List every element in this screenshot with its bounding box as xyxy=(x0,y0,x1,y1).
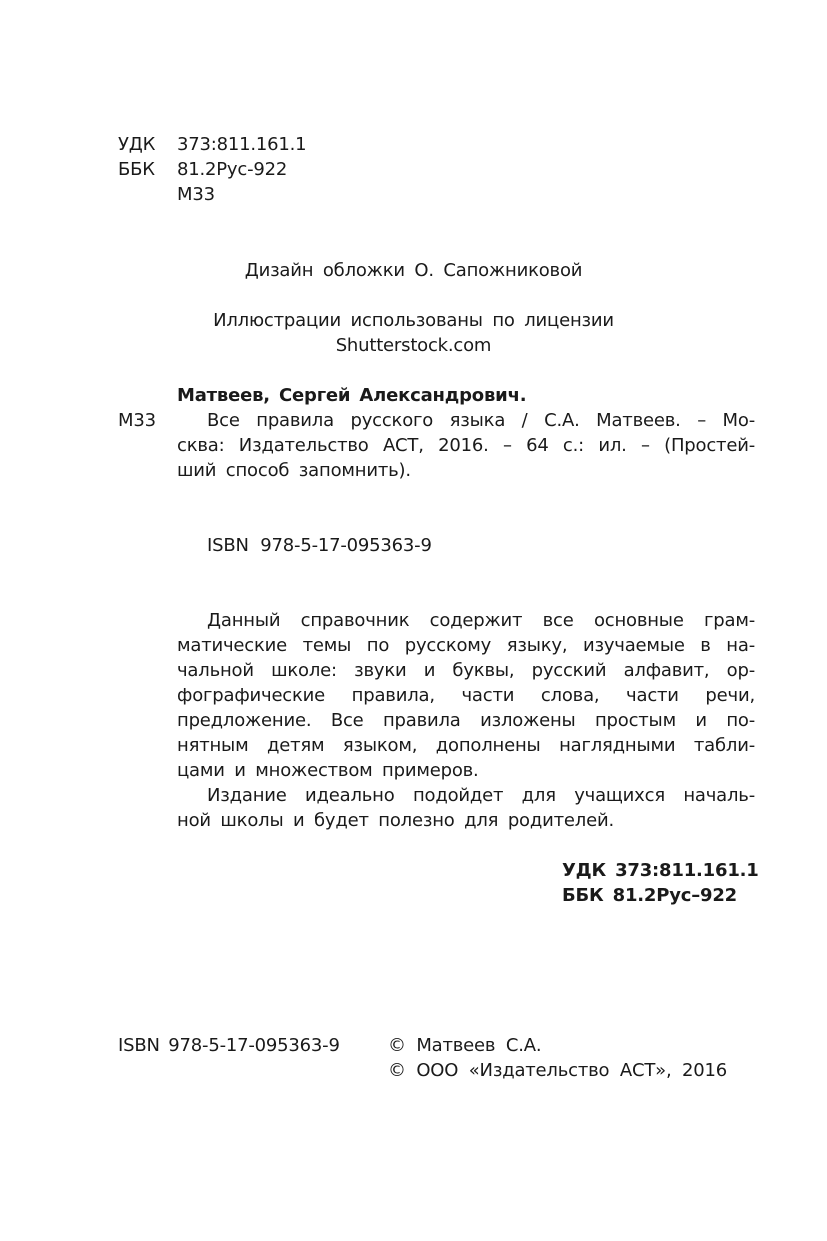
record-isbn: ISBN 978-5-17-095363-9 xyxy=(207,533,432,558)
annotation-line: Издание идеально подойдет для учащихся н… xyxy=(207,783,755,808)
annotation-line: цами и множеством примеров. xyxy=(177,758,755,783)
author-heading: Матвеев, Сергей Александрович. xyxy=(177,383,526,408)
udk-value: 373:811.161.1 xyxy=(177,132,306,157)
bbk-value: 81.2Рус-922 xyxy=(177,157,287,182)
bottom-bbk: ББК 81.2Рус–922 xyxy=(562,883,737,908)
imprint-page: УДК 373:811.161.1 ББК 81.2Рус-922 М33 Ди… xyxy=(0,0,827,1241)
annotation-line: предложение. Все правила изложены просты… xyxy=(177,708,755,733)
record-description-line: сква: Издательство АСТ, 2016. – 64 с.: и… xyxy=(177,433,755,458)
udk-label: УДК xyxy=(118,132,155,157)
bottom-udk: УДК 373:811.161.1 xyxy=(562,858,759,883)
annotation-line: ной школы и будет полезно для родителей. xyxy=(177,808,755,833)
illustrations-source: Shutterstock.com xyxy=(336,335,492,356)
author-cipher: М33 xyxy=(177,182,215,207)
copyright-publisher: © ООО «Издательство АСТ», 2016 xyxy=(388,1058,727,1083)
annotation-line: Данный справочник содержит все основные … xyxy=(207,608,755,633)
copyright-author: © Матвеев С.А. xyxy=(388,1033,541,1058)
record-description-line: ший способ запомнить). xyxy=(177,458,755,483)
cover-design-credit: Дизайн обложки О. Сапожниковой xyxy=(0,258,827,283)
annotation-line: нятным детям языком, дополнены наглядным… xyxy=(177,733,755,758)
cover-design-text: Дизайн обложки О. Сапожниковой xyxy=(245,260,583,281)
illustrations-credit-line1: Иллюстрации использованы по лицензии xyxy=(0,308,827,333)
illustrations-credit-line2: Shutterstock.com xyxy=(0,333,827,358)
record-cipher: М33 xyxy=(118,408,156,433)
record-description-line: Все правила русского языка / С.А. Матвее… xyxy=(207,408,755,433)
footer-isbn: ISBN 978-5-17-095363-9 xyxy=(118,1033,340,1058)
bbk-label: ББК xyxy=(118,157,155,182)
illustrations-text: Иллюстрации использованы по лицензии xyxy=(213,310,614,331)
annotation-line: чальной школе: звуки и буквы, русский ал… xyxy=(177,658,755,683)
annotation-line: фографические правила, части слова, част… xyxy=(177,683,755,708)
annotation-line: матические темы по русскому языку, изуча… xyxy=(177,633,755,658)
